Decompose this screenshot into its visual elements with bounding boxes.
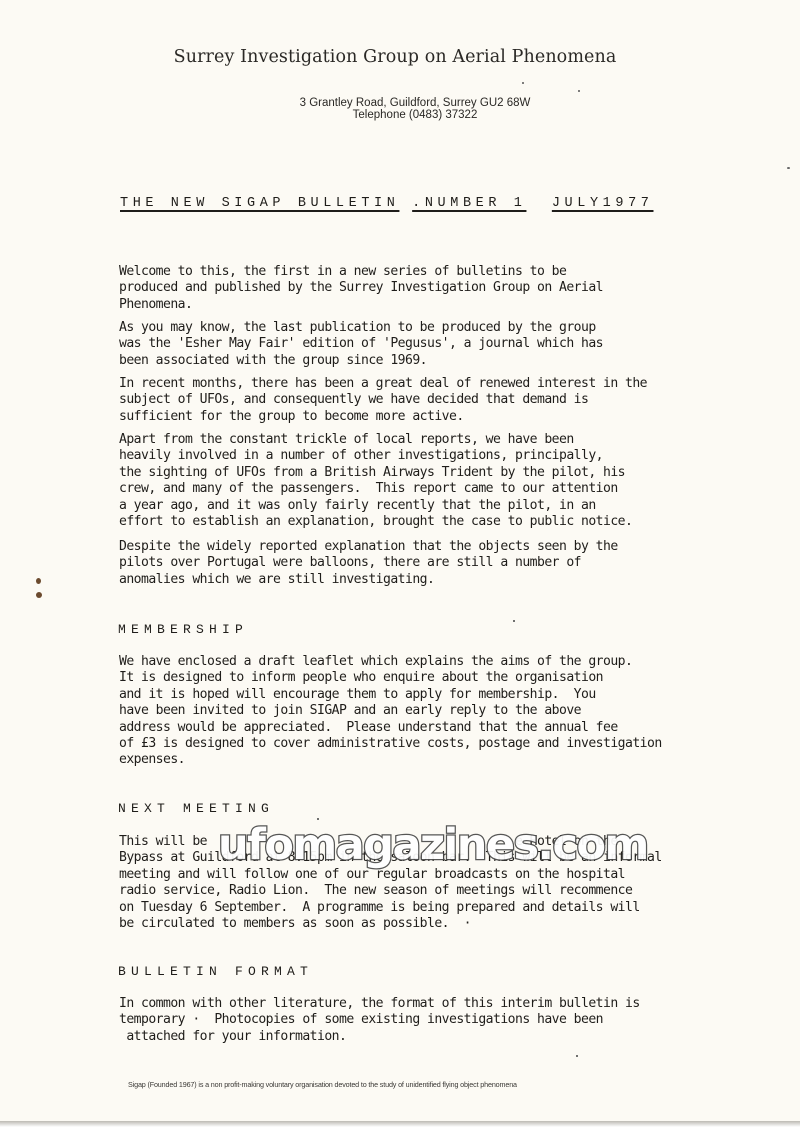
section-heading-membership: MEMBERSHIP bbox=[118, 622, 248, 637]
section-body-bulletin-format: In common with other literature, the for… bbox=[119, 996, 640, 1045]
intro-paragraph-2: As you may know, the last publication to… bbox=[119, 320, 603, 369]
paper-mark bbox=[513, 620, 515, 622]
section-body-membership: We have enclosed a draft leaflet which e… bbox=[119, 654, 662, 769]
paper-mark bbox=[578, 90, 580, 92]
intro-paragraph-5: Despite the widely reported explanation … bbox=[119, 539, 618, 588]
bulletin-masthead: THE NEW SIGAP BULLETIN .NUMBER 1 JULY197… bbox=[120, 196, 653, 211]
paper-mark bbox=[36, 578, 41, 584]
telephone: Telephone (0483) 37322 bbox=[290, 109, 540, 121]
watermark: ufomagazines.com bbox=[218, 820, 648, 870]
bulletin-date: JULY1977 bbox=[552, 196, 654, 211]
footer-note: Sigap (Founded 1967) is a non profit-mak… bbox=[128, 1080, 517, 1089]
bulletin-title: THE NEW SIGAP BULLETIN bbox=[120, 196, 399, 211]
page-edge bbox=[0, 1121, 800, 1131]
intro-paragraph-4: Apart from the constant trickle of local… bbox=[119, 432, 632, 530]
letterhead-contact: 3 Grantley Road, Guildford, Surrey GU2 6… bbox=[290, 97, 540, 121]
intro-paragraph-3: In recent months, there has been a great… bbox=[119, 376, 647, 425]
section-heading-next-meeting: NEXT MEETING bbox=[118, 801, 274, 816]
intro-paragraph-1: Welcome to this, the first in a new seri… bbox=[119, 264, 603, 313]
paper-mark bbox=[787, 167, 790, 169]
paper-mark bbox=[576, 1055, 578, 1057]
bulletin-page: Surrey Investigation Group on Aerial Phe… bbox=[0, 0, 800, 1131]
bulletin-number: .NUMBER 1 bbox=[412, 196, 526, 211]
paper-mark bbox=[522, 82, 524, 84]
organisation-name: Surrey Investigation Group on Aerial Phe… bbox=[0, 47, 790, 67]
paper-mark bbox=[36, 592, 42, 598]
address: 3 Grantley Road, Guildford, Surrey GU2 6… bbox=[290, 97, 540, 109]
paper-mark bbox=[317, 818, 319, 820]
section-heading-bulletin-format: BULLETIN FORMAT bbox=[118, 964, 313, 979]
